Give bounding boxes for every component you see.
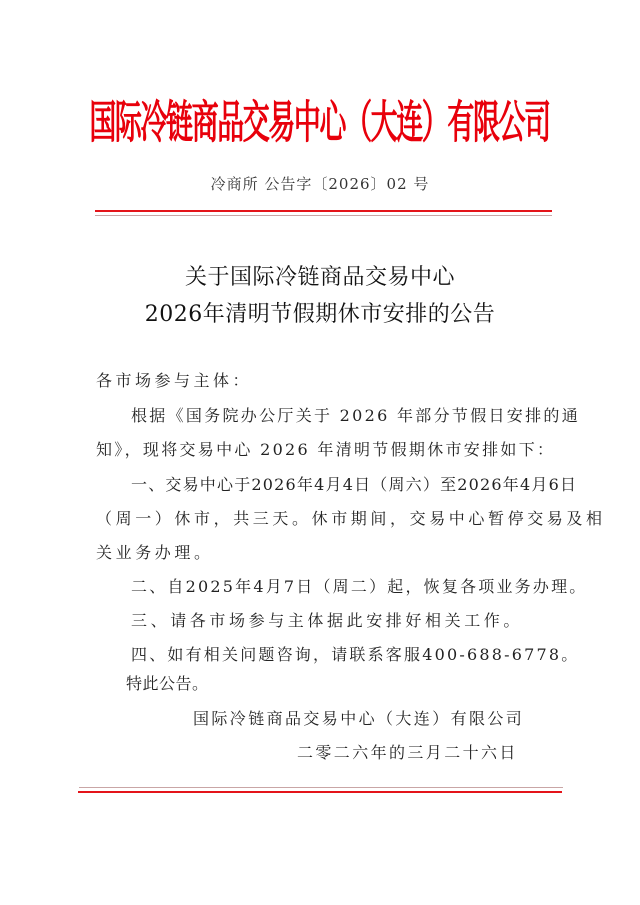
intro-line-1: 根据《国务院办公厅关于 2026 年部分节假日安排的通 bbox=[131, 403, 580, 426]
item-1-line-1: 一、交易中心于2026年4月4日（周六）至2026年4月6日 bbox=[131, 472, 577, 495]
document-number: 冷商所 公告字〔2026〕02 号 bbox=[0, 173, 640, 194]
footer-rule-thick bbox=[78, 791, 562, 793]
signature-organization: 国际冷链商品交易中心（大连）有限公司 bbox=[193, 706, 524, 729]
salutation: 各市场参与主体： bbox=[96, 368, 252, 391]
organization-header: 国际冷链商品交易中心（大连）有限公司 bbox=[0, 92, 640, 152]
closing: 特此公告。 bbox=[126, 671, 209, 694]
item-3: 三、请各市场参与主体据此安排好相关工作。 bbox=[131, 608, 523, 631]
item-1-line-3: 关业务办理。 bbox=[96, 540, 214, 563]
organization-name: 国际冷链商品交易中心（大连）有限公司 bbox=[90, 76, 550, 169]
intro-line-2: 知》，现将交易中心 2026 年清明节假期休市安排如下： bbox=[96, 437, 555, 460]
item-2: 二、自2025年4月7日（周二）起，恢复各项业务办理。 bbox=[131, 574, 587, 597]
item-1-line-2: （周一）休市，共三天。休市期间，交易中心暂停交易及相 bbox=[96, 506, 606, 529]
header-rule-thick bbox=[95, 210, 552, 212]
signature-date: 二零二六年的三月二十六日 bbox=[297, 740, 518, 763]
announcement-title-line-2: 2026年清明节假期休市安排的公告 bbox=[0, 297, 640, 328]
header-rule-thin bbox=[95, 215, 552, 216]
footer-rule-thin bbox=[79, 787, 563, 788]
item-4: 四、如有相关问题咨询，请联系客服400-688-6778。 bbox=[131, 642, 579, 665]
announcement-title-line-1: 关于国际冷链商品交易中心 bbox=[0, 260, 640, 291]
